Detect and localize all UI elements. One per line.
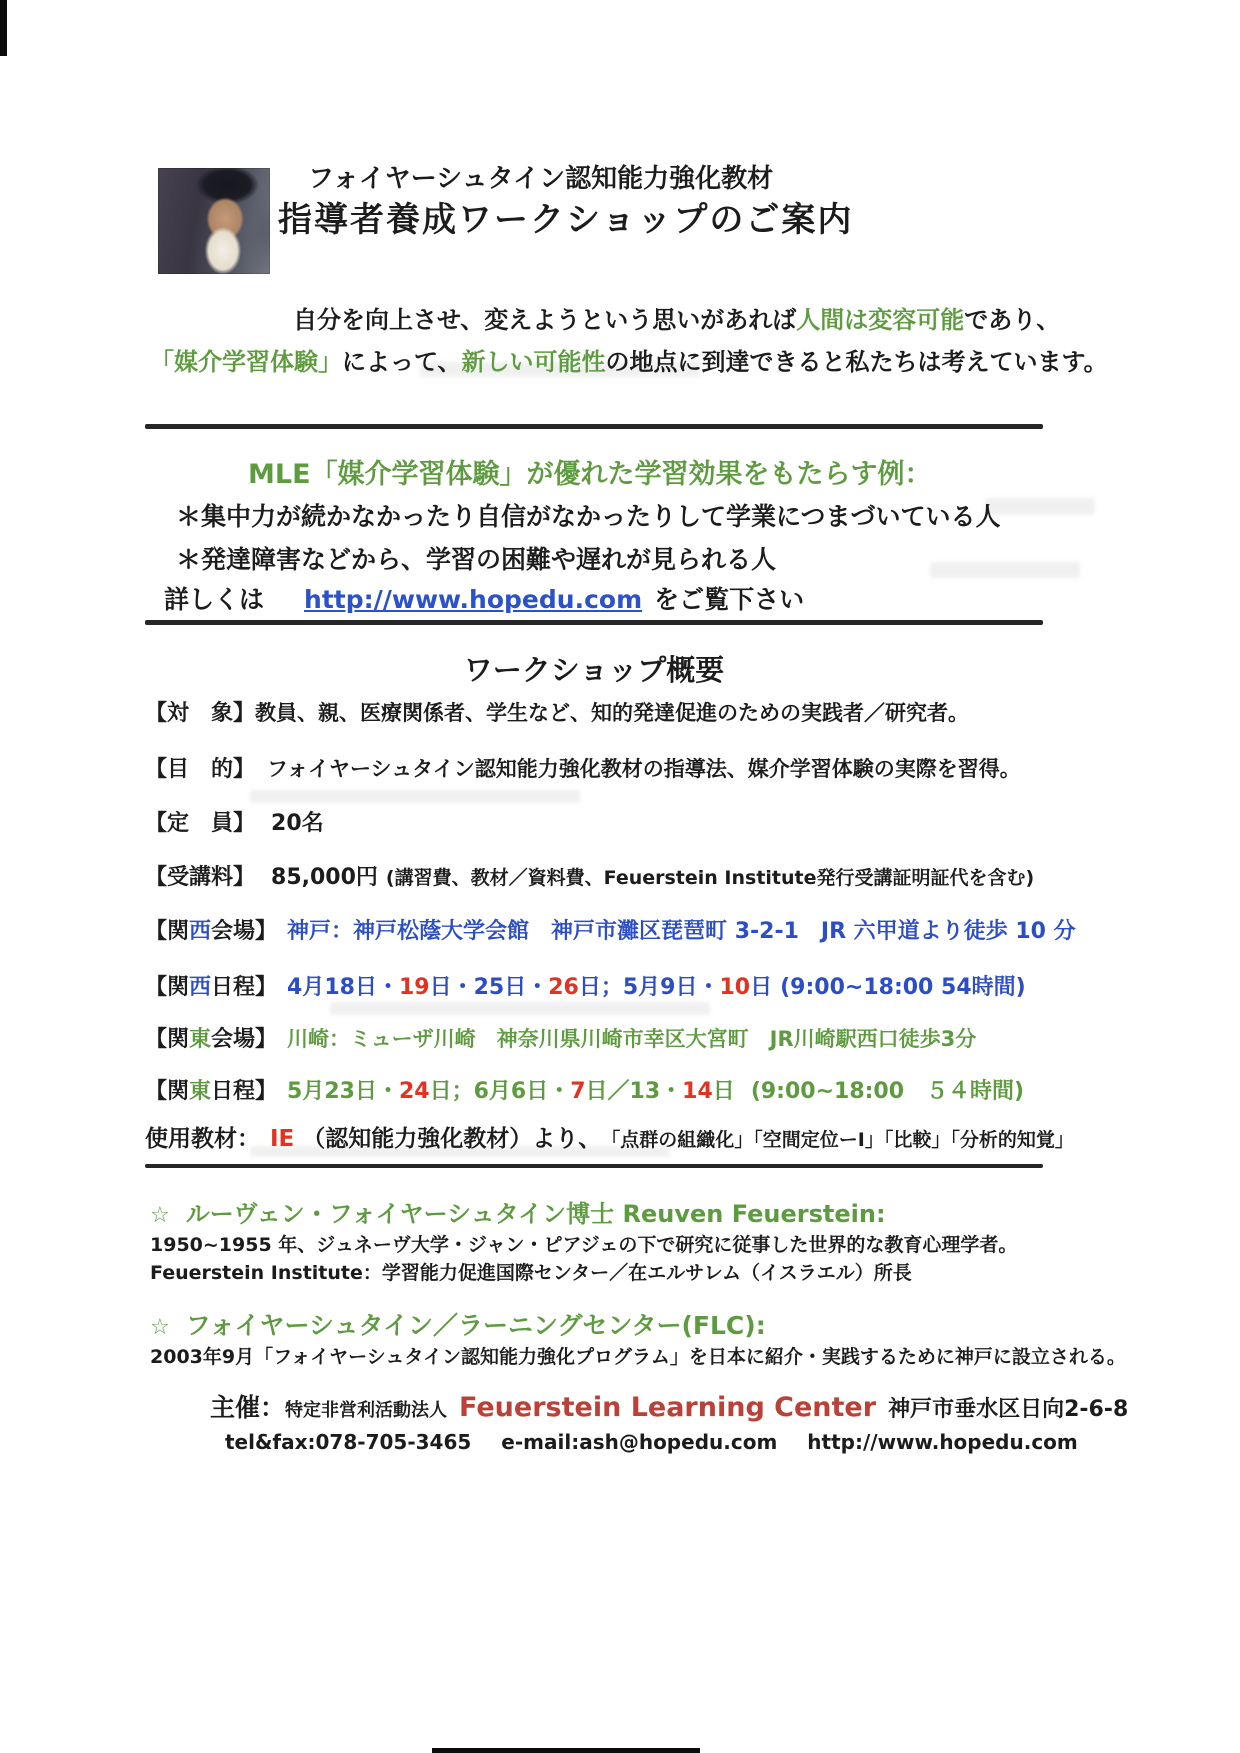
- bleed-through-artifact: [330, 1002, 710, 1015]
- horizontal-rule: [145, 424, 1043, 429]
- row-label: 【関東会場】: [145, 1022, 277, 1053]
- intro-line-1: 自分を向上させ、変えようという思いがあれば人間は変容可能であり、: [293, 300, 1060, 335]
- flc-heading: フォイヤーシュタイン／ラーニングセンター(FLC):: [186, 1306, 766, 1342]
- contact-web: http://www.hopedu.com: [807, 1430, 1077, 1454]
- kanto-venue-text: 川崎：ミューザ川崎 神奈川県川崎市幸区大宮町 JR川崎駅西口徒歩3分: [287, 1023, 976, 1053]
- organizer-label: 主催：: [210, 1388, 285, 1424]
- materials-rest: （認知能力強化教材）より、: [302, 1120, 601, 1153]
- organizer-type: 特定非営利活動法人: [285, 1396, 447, 1422]
- schedule-row-kansai-venue: 【関西会場】 神戸：神戸松蔭大学会館 神戸市灘区琵琶町 3-2-1 JR 六甲道…: [145, 914, 1076, 945]
- row-text: フォイヤーシュタイン認知能力強化教材の指導法、媒介学習体験の実際を習得。: [267, 753, 1021, 783]
- kansai-dates-time: (9:00~18:00 54時間): [780, 970, 1026, 1001]
- row-label: 【関東日程】: [145, 1074, 277, 1105]
- fee-note: (講習費、教材／資料費、Feuerstein Institute発行受講証明証代…: [386, 863, 1034, 890]
- title-line-2: 指導者養成ワークショップのご案内: [278, 192, 853, 241]
- star-icon: ☆: [150, 1203, 170, 1228]
- overview-row-purpose: 【目 的】 フォイヤーシュタイン認知能力強化教材の指導法、媒介学習体験の実際を習…: [145, 752, 1021, 783]
- title-line-1: フォイヤーシュタイン認知能力強化教材: [308, 158, 773, 195]
- intro-text: によって、: [342, 348, 462, 376]
- materials-quotes: 「点群の組織化」「空間定位ーI」「比較」「分析的知覚」: [601, 1125, 1074, 1152]
- materials-ie: IE: [270, 1126, 294, 1152]
- row-text: 20名: [271, 806, 324, 837]
- intro-highlight: 人間は変容可能: [796, 306, 964, 334]
- kanto-dates-text: 5月23日・24日；6月6日・7日／13・14日: [287, 1074, 735, 1105]
- kansai-venue-text: 神戸：神戸松蔭大学会館 神戸市灘区琵琶町 3-2-1 JR 六甲道より徒歩 10…: [287, 914, 1076, 945]
- details-label: 詳しくは: [164, 580, 264, 616]
- feuerstein-photo: [158, 168, 270, 274]
- row-label: 【定 員】: [145, 806, 255, 837]
- intro-highlight: 「媒介学習体験」: [150, 348, 342, 376]
- horizontal-rule: [145, 620, 1043, 625]
- organizer-name: Feuerstein Learning Center: [459, 1392, 876, 1423]
- reuven-line-1: 1950~1955 年、ジュネーヴ大学・ジャン・ピアジェの下で研究に従事した世界…: [150, 1230, 1017, 1257]
- overview-row-fee: 【受講料】 85,000円 (講習費、教材／資料費、Feuerstein Ins…: [145, 860, 1034, 891]
- row-label: 【対 象】: [145, 696, 255, 727]
- profile-flc-heading-row: ☆ フォイヤーシュタイン／ラーニングセンター(FLC):: [150, 1306, 766, 1342]
- materials-label: 使用教材：: [145, 1120, 260, 1153]
- row-label: 【目 的】: [145, 752, 255, 783]
- kansai-dates-text: 4月18日・19日・25日・26日；5月9日・10日: [287, 970, 772, 1001]
- bleed-through-artifact: [985, 498, 1095, 515]
- scan-edge-artifact-top-left: [0, 0, 7, 56]
- intro-text: の地点に到達できると私たちは考えています。: [606, 348, 1108, 376]
- horizontal-rule: [145, 1164, 1043, 1168]
- mle-heading: MLE「媒介学習体験」が優れた学習効果をもたらす例：: [248, 452, 932, 491]
- intro-line-2: 「媒介学習体験」によって、新しい可能性の地点に到達できると私たちは考えています。: [150, 342, 1108, 377]
- bleed-through-artifact: [250, 790, 580, 803]
- materials-row: 使用教材： IE （認知能力強化教材）より、 「点群の組織化」「空間定位ーI」「…: [145, 1120, 1074, 1153]
- profile-reuven-heading-row: ☆ ルーヴェン・フォイヤーシュタイン博士 Reuven Feuerstein:: [150, 1194, 886, 1229]
- overview-row-capacity: 【定 員】 20名: [145, 806, 324, 837]
- flc-line: 2003年9月「フォイヤーシュタイン認知能力強化プログラム」を日本に紹介・実践す…: [150, 1342, 1126, 1369]
- details-url-link: http://www.hopedu.com: [304, 585, 642, 614]
- schedule-row-kanto-dates: 【関東日程】 5月23日・24日；6月6日・7日／13・14日 (9:00~18…: [145, 1074, 1024, 1105]
- reuven-heading: ルーヴェン・フォイヤーシュタイン博士 Reuven Feuerstein:: [186, 1194, 886, 1229]
- scan-edge-artifact-bottom: [432, 1748, 700, 1753]
- details-suffix: をご覧下さい: [654, 580, 804, 616]
- contact-row: tel&fax:078-705-3465 e-mail:ash@hopedu.c…: [225, 1430, 1078, 1454]
- mle-bullet-1: ＊集中力が続かなかったり自信がなかったりして学業につまづいている人: [176, 497, 1001, 533]
- contact-email: e-mail:ash@hopedu.com: [501, 1430, 777, 1454]
- intro-text: であり、: [964, 306, 1060, 334]
- schedule-row-kanto-venue: 【関東会場】 川崎：ミューザ川崎 神奈川県川崎市幸区大宮町 JR川崎駅西口徒歩3…: [145, 1022, 976, 1053]
- mle-bullet-2: ＊発達障害などから、学習の困難や遅れが見られる人: [176, 540, 776, 576]
- contact-tel: tel&fax:078-705-3465: [225, 1430, 471, 1454]
- intro-text: 自分を向上させ、変えようという思いがあれば: [293, 306, 796, 334]
- row-label: 【関西日程】: [145, 970, 277, 1001]
- organizer-row: 主催： 特定非営利活動法人 Feuerstein Learning Center…: [210, 1388, 1128, 1424]
- row-text: 教員、親、医療関係者、学生など、知的発達促進のための実践者／研究者。: [255, 697, 969, 727]
- organizer-address: 神戸市垂水区日向2-6-8: [888, 1392, 1128, 1423]
- fee-amount: 85,000円: [271, 860, 378, 891]
- schedule-row-kansai-dates: 【関西日程】 4月18日・19日・25日・26日；5月9日・10日 (9:00~…: [145, 970, 1026, 1001]
- overview-heading: ワークショップ概要: [145, 648, 1043, 689]
- details-line: 詳しくは http://www.hopedu.com をご覧下さい: [164, 580, 804, 616]
- row-label: 【関西会場】: [145, 914, 277, 945]
- kanto-dates-time: (9:00~18:00 ５４時間): [751, 1074, 1024, 1105]
- scanned-flyer-page: フォイヤーシュタイン認知能力強化教材 指導者養成ワークショップのご案内 自分を向…: [0, 0, 1240, 1753]
- bleed-through-artifact: [930, 562, 1080, 578]
- row-label: 【受講料】: [145, 860, 255, 891]
- reuven-line-2: Feuerstein Institute：学習能力促進国際センター／在エルサレム…: [150, 1258, 912, 1285]
- overview-row-target: 【対 象】 教員、親、医療関係者、学生など、知的発達促進のための実践者／研究者。: [145, 696, 969, 727]
- star-icon: ☆: [150, 1315, 170, 1340]
- intro-highlight: 新しい可能性: [462, 348, 606, 376]
